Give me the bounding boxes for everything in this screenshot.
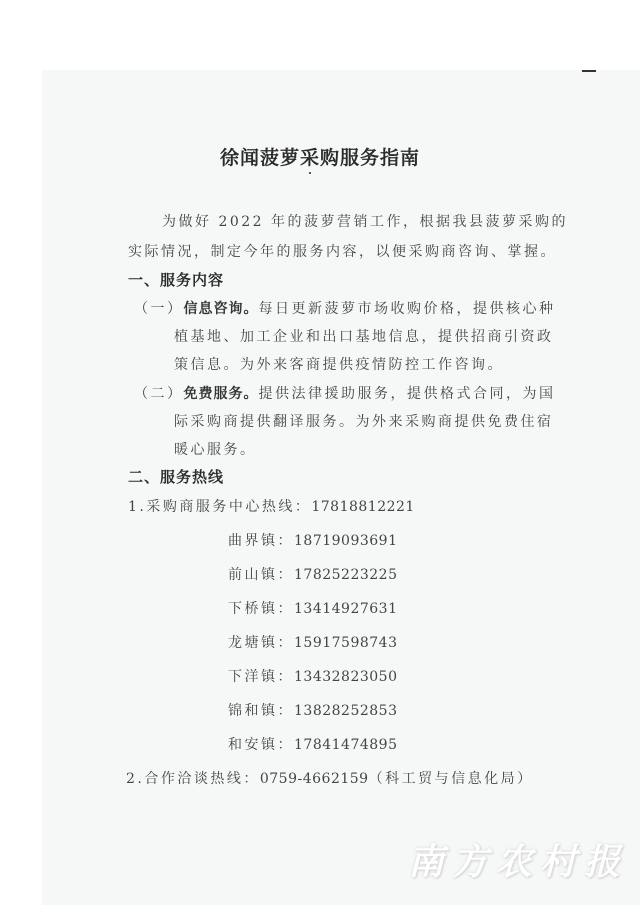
page-title: 徐闻菠萝采购服务指南 xyxy=(0,143,640,170)
phone-number: 17841474895 xyxy=(294,737,397,753)
town-hotline: 下桥镇：13414927631 xyxy=(228,598,397,618)
phone-number: 13828252853 xyxy=(294,703,397,719)
intro-line-1: 为做好 2022 年的菠萝营销工作，根据我县菠萝采购的 xyxy=(162,211,568,231)
phone-number: 13414927631 xyxy=(294,601,397,617)
section1-heading: 一、服务内容 xyxy=(128,269,224,290)
phone-number: 0759-4662159 xyxy=(260,771,369,787)
town-hotline: 前山镇：17825223225 xyxy=(228,564,397,584)
section2-heading: 二、服务热线 xyxy=(128,466,224,487)
item2-title: 免费服务。 xyxy=(184,386,259,402)
phone-number: 13432823050 xyxy=(294,669,397,685)
item2-line-1: （二）免费服务。提供法律援助服务，提供格式合同，为国 xyxy=(134,383,556,403)
item1-title: 信息咨询。 xyxy=(184,301,259,317)
phone-number: 15917598743 xyxy=(294,635,397,651)
phone-number: 18719093691 xyxy=(294,533,397,549)
item1-label: （一） xyxy=(134,301,184,317)
town-hotline: 锦和镇：13828252853 xyxy=(228,700,397,720)
intro-line-2: 实际情况，制定今年的服务内容，以便采购商咨询、掌握。 xyxy=(128,241,557,261)
phone-number: 17825223225 xyxy=(294,567,397,583)
page-mark xyxy=(582,70,596,72)
phone-number: 17818812221 xyxy=(311,499,414,515)
watermark-logo: 南方农村报 xyxy=(408,834,628,885)
town-hotline: 曲界镇：18719093691 xyxy=(228,530,397,550)
item1-line-3: 策信息。为外来客商提供疫情防控工作咨询。 xyxy=(174,354,504,374)
item2-line-3: 暖心服务。 xyxy=(174,439,257,459)
center-hotline: 1.采购商服务中心热线：17818812221 xyxy=(128,496,415,516)
title-dot xyxy=(309,172,311,174)
item1-line-2: 植基地、加工企业和出口基地信息，提供招商引资政 xyxy=(174,326,554,346)
item2-line-2: 际采购商提供翻译服务。为外来采购商提供免费住宿 xyxy=(174,411,554,431)
cooperation-hotline: 2.合作洽谈热线：0759-4662159（科工贸与信息化局） xyxy=(126,768,534,788)
town-hotline: 龙塘镇：15917598743 xyxy=(228,632,397,652)
town-hotline: 和安镇：17841474895 xyxy=(228,734,397,754)
item1-line-1: （一）信息咨询。每日更新菠萝市场收购价格，提供核心种 xyxy=(134,298,556,318)
town-hotline: 下洋镇：13432823050 xyxy=(228,666,397,686)
item2-label: （二） xyxy=(134,386,184,402)
